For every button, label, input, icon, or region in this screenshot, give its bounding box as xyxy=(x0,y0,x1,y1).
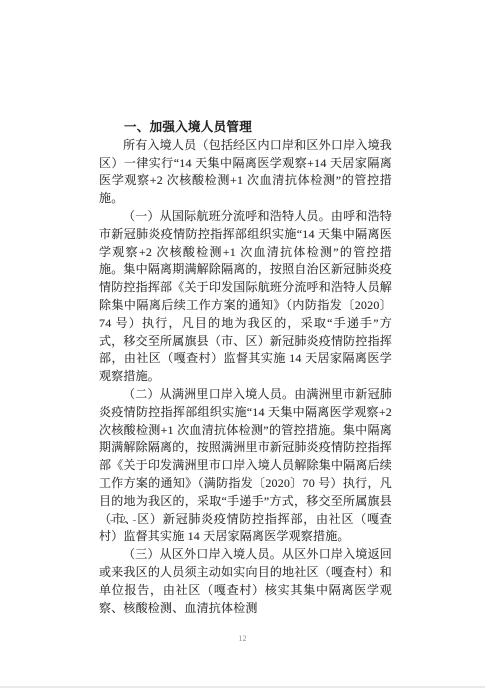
document-text-block: 一、加强入境人员管理 所有入境人员（包括经区内口岸和区外口岸入境我区）一律实行“… xyxy=(99,119,392,617)
section-heading: 一、加强入境人员管理 xyxy=(99,119,392,137)
document-page: 一、加强入境人员管理 所有入境人员（包括经区内口岸和区外口岸入境我区）一律实行“… xyxy=(0,0,485,688)
paragraph-item-2: （二）从满洲里口岸入境人员。由满洲里市新冠肺炎疫情防控指挥部组织实施“14 天集… xyxy=(99,386,392,546)
pdf-footer-page-number: 12 xyxy=(0,634,485,643)
document-page-number: - 2 - xyxy=(110,514,138,526)
paragraph-item-3: （三）从区外口岸入境人员。从区外口岸入境返回或来我区的人员须主动如实向目的地社区… xyxy=(99,546,392,617)
paragraph-intro: 所有入境人员（包括经区内口岸和区外口岸入境我区）一律实行“14 天集中隔离医学观… xyxy=(99,137,392,208)
paragraph-item-1: （一）从国际航班分流呼和浩特人员。由呼和浩特市新冠肺炎疫情防控指挥部组织实施“1… xyxy=(99,208,392,386)
